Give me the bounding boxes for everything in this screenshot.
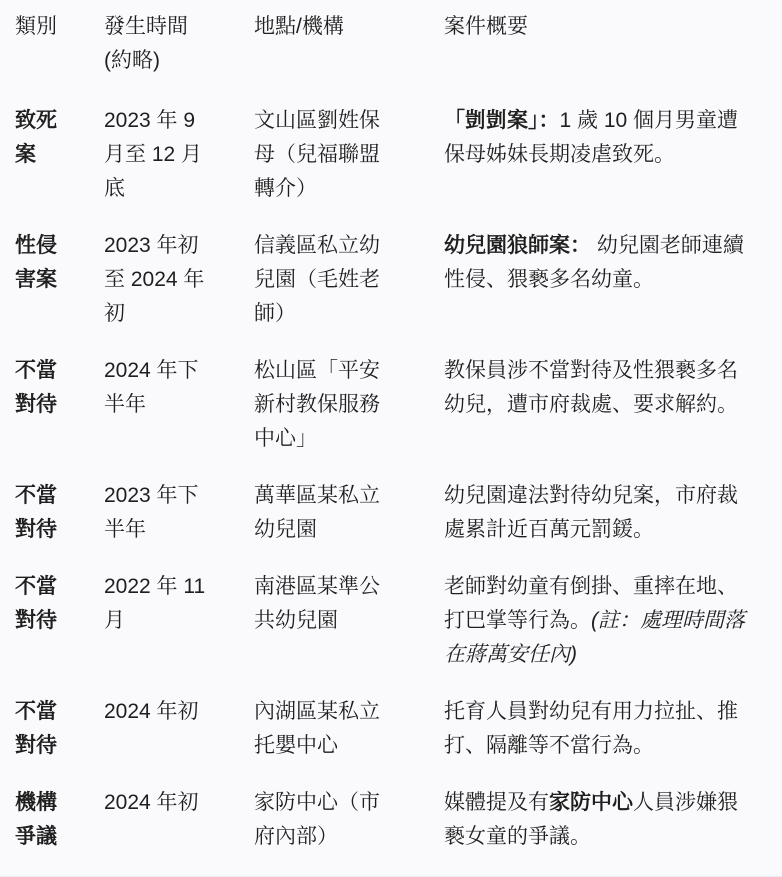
column-header-sublabel: (約略) — [104, 44, 213, 78]
cases-page: 類別發生時間(約略)地點/機構案件概要 致死案2023 年 9 月至 12 月底… — [0, 0, 782, 877]
summary-segment: 家防中心 — [549, 791, 633, 814]
summary-cell: 托育人員對幼兒有用力拉扯、推打、隔離等不當行為。 — [443, 694, 782, 785]
summary-cell: 媒體提及有家防中心人員涉嫌猥褻女童的爭議。 — [443, 785, 782, 876]
summary-cell: 老師對幼童有倒掛、重摔在地、打巴掌等行為。(註：處理時間落在蔣萬安任內) — [443, 569, 782, 694]
table-row: 不當對待2023 年下半年萬華區某私立幼兒園幼兒園違法對待幼兒案，市府裁處累計近… — [0, 478, 782, 569]
place-cell: 內湖區某私立托嬰中心 — [253, 694, 443, 785]
header-row: 類別發生時間(約略)地點/機構案件概要 — [0, 0, 782, 103]
column-header-label: 案件概要 — [444, 10, 753, 44]
table-row: 致死案2023 年 9 月至 12 月底文山區劉姓保母（兒福聯盟轉介）「剴剴案」… — [0, 103, 782, 228]
time-cell: 2024 年初 — [103, 785, 253, 876]
column-header: 案件概要 — [443, 0, 782, 103]
summary-segment: 媒體提及有 — [444, 791, 549, 814]
category-cell: 性侵害案 — [0, 228, 103, 353]
time-cell: 2024 年下半年 — [103, 353, 253, 478]
column-header-label: 發生時間 — [104, 10, 213, 44]
place-cell: 信義區私立幼兒園（毛姓老師） — [253, 228, 443, 353]
table-header: 類別發生時間(約略)地點/機構案件概要 — [0, 0, 782, 103]
category-cell: 不當對待 — [0, 694, 103, 785]
summary-cell: 「剴剴案」：1 歲 10 個月男童遭保母姊妹長期凌虐致死。 — [443, 103, 782, 228]
time-cell: 2023 年初至 2024 年初 — [103, 228, 253, 353]
category-cell: 機構爭議 — [0, 785, 103, 876]
time-cell: 2023 年 9 月至 12 月底 — [103, 103, 253, 228]
place-cell: 南港區某準公共幼兒園 — [253, 569, 443, 694]
place-cell: 文山區劉姓保母（兒福聯盟轉介） — [253, 103, 443, 228]
column-header: 類別 — [0, 0, 103, 103]
summary-segment: 托育人員對幼兒有用力拉扯、推打、隔離等不當行為。 — [444, 700, 738, 757]
category-cell: 不當對待 — [0, 353, 103, 478]
time-cell: 2024 年初 — [103, 694, 253, 785]
place-cell: 家防中心（市府內部） — [253, 785, 443, 876]
summary-segment: 教保員涉不當對待及性猥褻多名幼兒，遭市府裁處、要求解約。 — [444, 359, 738, 416]
summary-segment: 「剴剴案」： — [444, 109, 560, 132]
table-row: 不當對待2024 年下半年松山區「平安新村教保服務中心」教保員涉不當對待及性猥褻… — [0, 353, 782, 478]
summary-cell: 幼兒園狼師案： 幼兒園老師連續性侵、猥褻多名幼童。 — [443, 228, 782, 353]
table-row: 性侵害案2023 年初至 2024 年初信義區私立幼兒園（毛姓老師）幼兒園狼師案… — [0, 228, 782, 353]
table-row: 機構爭議2024 年初家防中心（市府內部）媒體提及有家防中心人員涉嫌猥褻女童的爭… — [0, 785, 782, 876]
summary-cell: 教保員涉不當對待及性猥褻多名幼兒，遭市府裁處、要求解約。 — [443, 353, 782, 478]
column-header: 發生時間(約略) — [103, 0, 253, 103]
table-row: 不當對待2024 年初內湖區某私立托嬰中心托育人員對幼兒有用力拉扯、推打、隔離等… — [0, 694, 782, 785]
table-body: 致死案2023 年 9 月至 12 月底文山區劉姓保母（兒福聯盟轉介）「剴剴案」… — [0, 103, 782, 876]
time-cell: 2023 年下半年 — [103, 478, 253, 569]
cases-table: 類別發生時間(約略)地點/機構案件概要 致死案2023 年 9 月至 12 月底… — [0, 0, 782, 876]
table-row: 不當對待2022 年 11 月南港區某準公共幼兒園老師對幼童有倒掛、重摔在地、打… — [0, 569, 782, 694]
column-header: 地點/機構 — [253, 0, 443, 103]
category-cell: 致死案 — [0, 103, 103, 228]
time-cell: 2022 年 11 月 — [103, 569, 253, 694]
summary-cell: 幼兒園違法對待幼兒案，市府裁處累計近百萬元罰鍰。 — [443, 478, 782, 569]
column-header-label: 類別 — [15, 10, 65, 44]
category-cell: 不當對待 — [0, 478, 103, 569]
summary-segment: 幼兒園違法對待幼兒案，市府裁處累計近百萬元罰鍰。 — [444, 484, 738, 541]
category-cell: 不當對待 — [0, 569, 103, 694]
place-cell: 松山區「平安新村教保服務中心」 — [253, 353, 443, 478]
summary-segment: 幼兒園狼師案： — [444, 234, 591, 257]
place-cell: 萬華區某私立幼兒園 — [253, 478, 443, 569]
column-header-label: 地點/機構 — [254, 10, 393, 44]
